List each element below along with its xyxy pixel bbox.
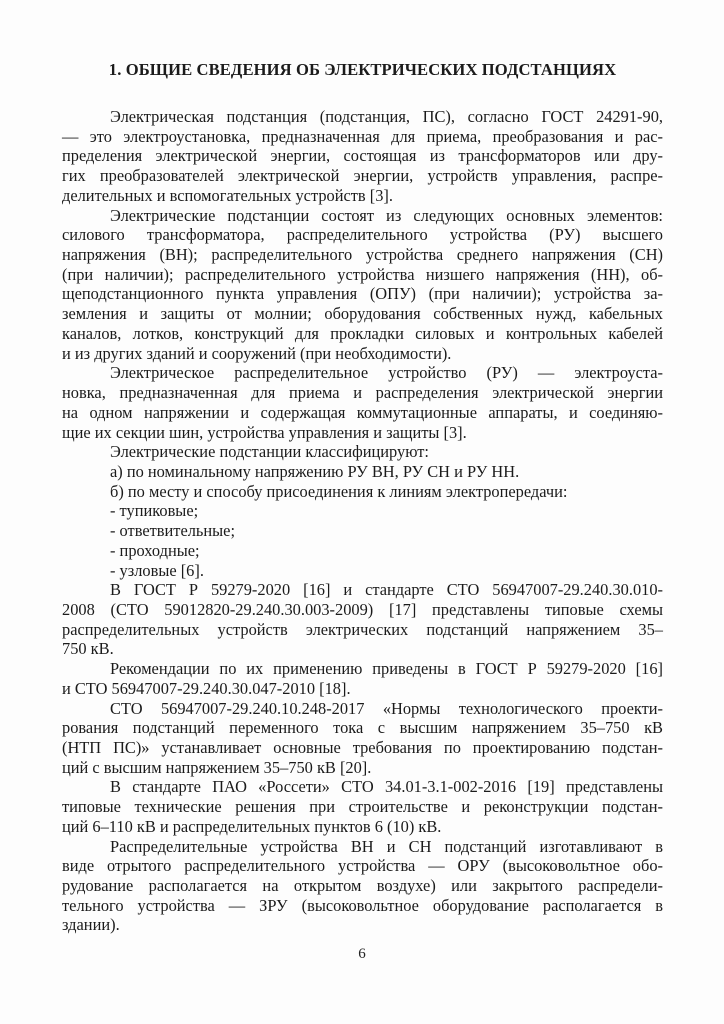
paragraph: - проходные; — [62, 541, 663, 561]
text-line: типовые технические решения при строител… — [62, 797, 663, 817]
text-line: распределительных устройств электрически… — [62, 620, 663, 640]
text-line: пределения электрической энергии, состоя… — [62, 146, 663, 166]
page-content: 1. ОБЩИЕ СВЕДЕНИЯ ОБ ЭЛЕКТРИЧЕСКИХ ПОДСТ… — [62, 60, 663, 935]
text-line: — это электроустановка, предназначенная … — [62, 127, 663, 147]
text-line: - узловые [6]. — [62, 561, 663, 581]
text-line: Электрическое распределительное устройст… — [62, 363, 663, 383]
text-line: каналов, лотков, конструкций для проклад… — [62, 324, 663, 344]
text-line: - ответвительные; — [62, 521, 663, 541]
text-line: (при наличии); распределительного устрой… — [62, 265, 663, 285]
text-line: Электрические подстанции состоят из след… — [62, 206, 663, 226]
text-line: рования подстанций переменного тока с вы… — [62, 718, 663, 738]
text-line: силового трансформатора, распределительн… — [62, 225, 663, 245]
document-page: 1. ОБЩИЕ СВЕДЕНИЯ ОБ ЭЛЕКТРИЧЕСКИХ ПОДСТ… — [0, 0, 724, 1024]
paragraph: а) по номинальному напряжению РУ ВН, РУ … — [62, 462, 663, 482]
text-line: Распределительные устройства ВН и СН под… — [62, 837, 663, 857]
text-line: а) по номинальному напряжению РУ ВН, РУ … — [62, 462, 663, 482]
paragraph: - ответвительные; — [62, 521, 663, 541]
text-line: Электрические подстанции классифицируют: — [62, 442, 663, 462]
page-title: 1. ОБЩИЕ СВЕДЕНИЯ ОБ ЭЛЕКТРИЧЕСКИХ ПОДСТ… — [62, 60, 663, 80]
page-number: 6 — [0, 946, 724, 963]
paragraph: В ГОСТ Р 59279-2020 [16] и стандарте СТО… — [62, 580, 663, 659]
text-line: на одном напряжении и содержащая коммута… — [62, 403, 663, 423]
paragraph: СТО 56947007-29.240.10.248-2017 «Нормы т… — [62, 699, 663, 778]
text-line: напряжения (ВН); распределительного устр… — [62, 245, 663, 265]
text-line: тельного устройства — ЗРУ (высоковольтно… — [62, 896, 663, 916]
text-line: (НТП ПС)» устанавливает основные требова… — [62, 738, 663, 758]
text-line: 750 кВ. — [62, 639, 663, 659]
text-line: - тупиковые; — [62, 501, 663, 521]
paragraph: Распределительные устройства ВН и СН под… — [62, 837, 663, 936]
paragraphs: Электрическая подстанция (подстанция, ПС… — [62, 107, 663, 935]
text-line: виде отрытого распределительного устройс… — [62, 856, 663, 876]
paragraph: Электрическое распределительное устройст… — [62, 363, 663, 442]
text-line: СТО 56947007-29.240.10.248-2017 «Нормы т… — [62, 699, 663, 719]
text-line: ций с высшим напряжением 35–750 кВ [20]. — [62, 758, 663, 778]
text-line: рудование располагается на открытом возд… — [62, 876, 663, 896]
text-line: новка, предназначенная для приема и расп… — [62, 383, 663, 403]
text-line: и СТО 56947007-29.240.30.047-2010 [18]. — [62, 679, 663, 699]
text-line: - проходные; — [62, 541, 663, 561]
text-line: В ГОСТ Р 59279-2020 [16] и стандарте СТО… — [62, 580, 663, 600]
text-line: щеподстанционного пункта управления (ОПУ… — [62, 284, 663, 304]
text-line: гих преобразователей электрической энерг… — [62, 166, 663, 186]
text-line: Рекомендации по их применению приведены … — [62, 659, 663, 679]
text-line: ций 6–110 кВ и распределительных пунктов… — [62, 817, 663, 837]
text-line: Электрическая подстанция (подстанция, ПС… — [62, 107, 663, 127]
paragraph: б) по месту и способу присоединения к ли… — [62, 482, 663, 502]
paragraph: Электрические подстанции состоят из след… — [62, 206, 663, 364]
text-line: б) по месту и способу присоединения к ли… — [62, 482, 663, 502]
paragraph: В стандарте ПАО «Россети» СТО 34.01-3.1-… — [62, 777, 663, 836]
text-line: здании). — [62, 915, 663, 935]
paragraph: Электрические подстанции классифицируют: — [62, 442, 663, 462]
paragraph: - узловые [6]. — [62, 561, 663, 581]
text-line: земления и защиты от молнии; оборудовани… — [62, 304, 663, 324]
paragraph: Электрическая подстанция (подстанция, ПС… — [62, 107, 663, 206]
paragraph: - тупиковые; — [62, 501, 663, 521]
text-line: и из других зданий и сооружений (при нео… — [62, 344, 663, 364]
text-line: щие их секции шин, устройства управления… — [62, 423, 663, 443]
text-line: 2008 (СТО 59012820-29.240.30.003-2009) [… — [62, 600, 663, 620]
text-line: делительных и вспомогательных устройств … — [62, 186, 663, 206]
text-line: В стандарте ПАО «Россети» СТО 34.01-3.1-… — [62, 777, 663, 797]
paragraph: Рекомендации по их применению приведены … — [62, 659, 663, 698]
